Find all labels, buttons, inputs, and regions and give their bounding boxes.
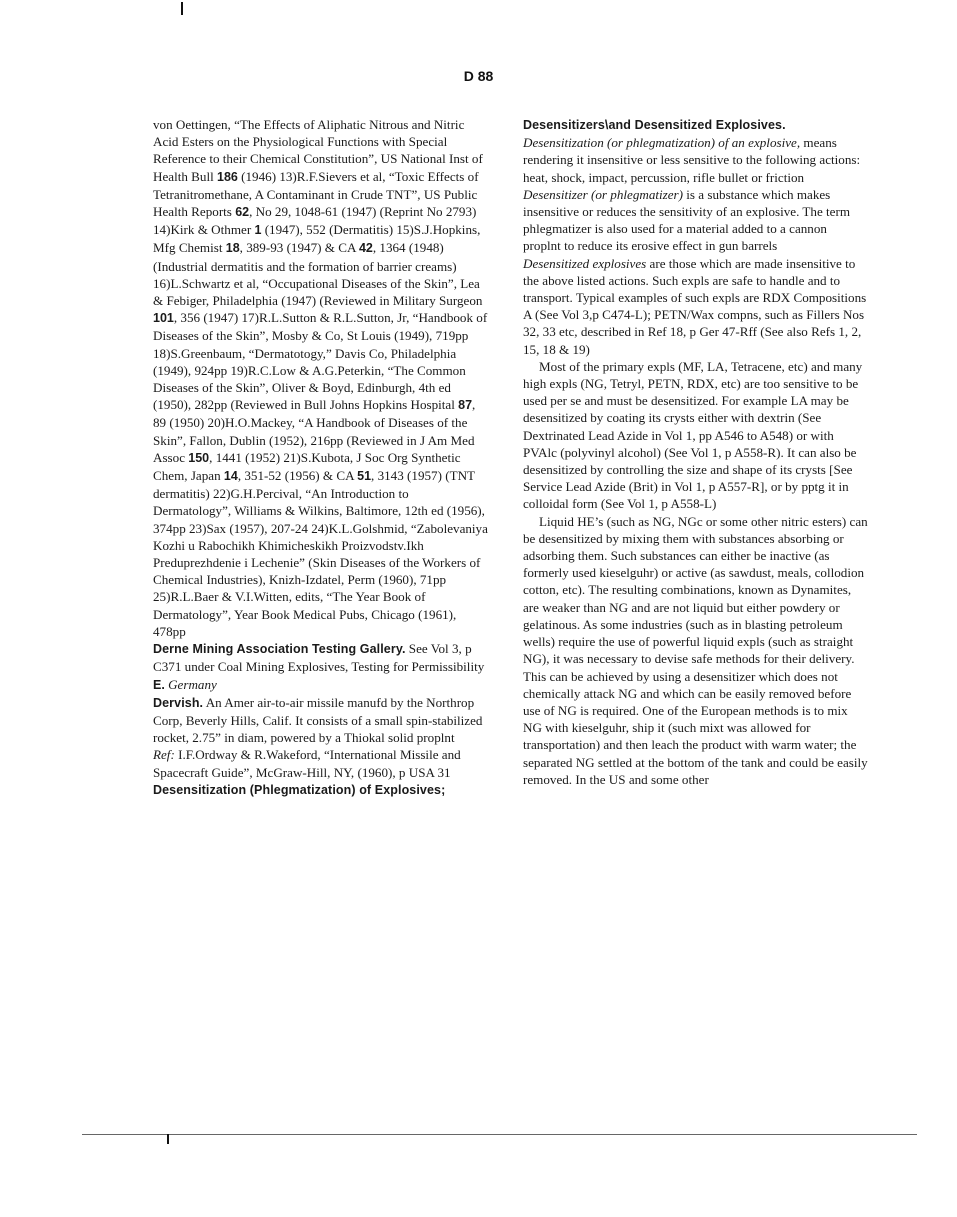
paragraph-liquid-he: Liquid HE’s (such as NG, NGc or some oth… <box>523 513 868 788</box>
entry-derne-mining: Derne Mining Association Testing Gallery… <box>153 640 488 694</box>
paragraph-primary-expls: Most of the primary expls (MF, LA, Tetra… <box>523 358 868 513</box>
definition-desensitization: Desensitization (or phlegmatization) of … <box>523 134 868 186</box>
entry-desensitization: Desensitization (Phlegmatization) of Exp… <box>153 781 488 799</box>
definition-desensitizer: Desensitizer (or phlegmatizer) is a subs… <box>523 186 868 255</box>
left-column: von Oettingen, “The Effects of Aliphatic… <box>153 116 488 799</box>
page-number-header: D 88 <box>0 68 957 84</box>
entry-dervish: Dervish. An Amer air-to-air missile manu… <box>153 694 488 781</box>
right-column: Desensitizers\and Desensitized Explosive… <box>523 116 868 788</box>
crop-mark <box>181 2 183 15</box>
entry-heading: Derne Mining Association Testing Gallery… <box>153 642 406 656</box>
crop-mark <box>167 1134 169 1144</box>
entry-heading: Desensitizers\and Desensitized Explosive… <box>523 118 786 132</box>
definition-desensitized-explosives: Desensitized explosives are those which … <box>523 255 868 358</box>
entry-heading: Dervish. <box>153 696 203 710</box>
entry-heading: Desensitization (Phlegmatization) of Exp… <box>153 783 445 797</box>
bottom-rule <box>82 1134 917 1135</box>
references-continuation: von Oettingen, “The Effects of Aliphatic… <box>153 116 488 640</box>
entry-desensitizers: Desensitizers\and Desensitized Explosive… <box>523 116 868 134</box>
